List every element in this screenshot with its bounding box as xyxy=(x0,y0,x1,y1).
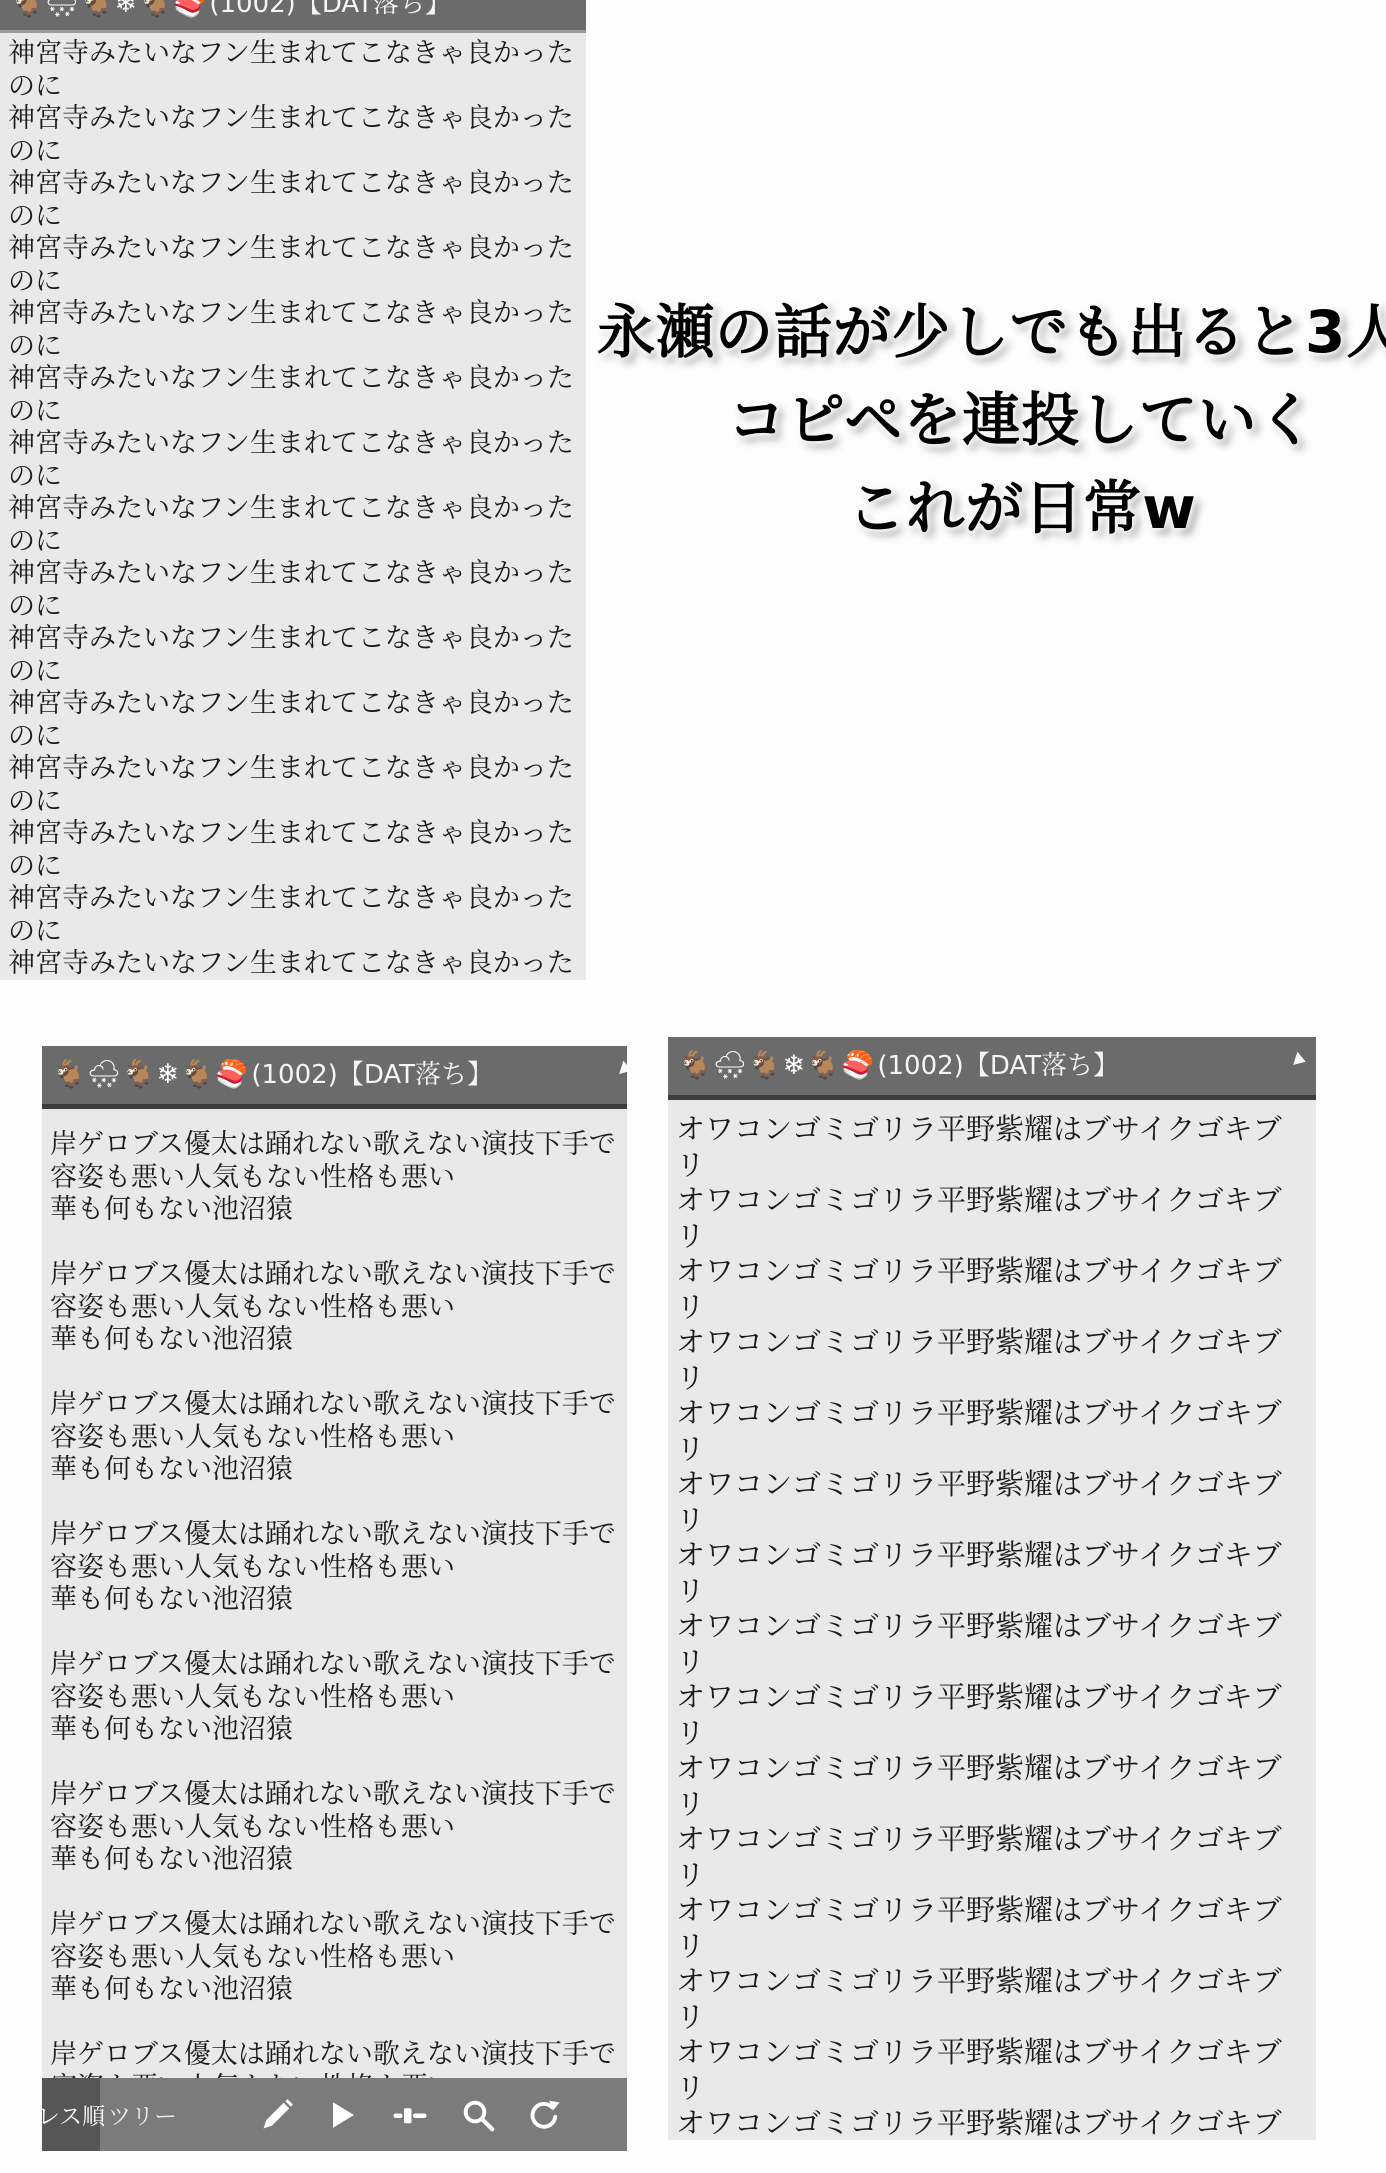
bottom-toolbar: レス順 ツリー xyxy=(42,2078,627,2151)
post: 神宮寺みたいなフン生まれてこなきゃ良かったのに xyxy=(8,818,578,883)
post: オワコンゴミゴリラ平野紫耀はブサイクゴキブリ xyxy=(676,1893,1308,1964)
post: 岸ゲロブス優太は踊れない歌えない演技下手で容姿も悪い人気もない性格も悪い華も何も… xyxy=(50,1649,619,1747)
post-line: 神宮寺みたいなフン生まれてこなきゃ良かった xyxy=(8,688,578,721)
post-line: オワコンゴミゴリラ平野紫耀はブサイクゴキブ xyxy=(676,1183,1308,1219)
play-icon[interactable] xyxy=(324,2097,360,2133)
post-line: リ xyxy=(676,1148,1308,1184)
post-line: 神宮寺みたいなフン生まれてこなきゃ良かった xyxy=(8,168,578,201)
thread-title: (1002)【DAT落ち】 xyxy=(877,1037,1119,1095)
post-line: リ xyxy=(676,1432,1308,1468)
post: 神宮寺みたいなフン生まれてこなきゃ良かったのに xyxy=(8,753,578,818)
post-line: 神宮寺みたいなフン生まれてこなきゃ良かった xyxy=(8,818,578,851)
post-line: のに xyxy=(8,331,578,364)
post-line: リ xyxy=(676,1716,1308,1752)
post: 神宮寺みたいなフン生まれてこなきゃ良かったのに xyxy=(8,493,578,558)
post-line: 容姿も悪い人気もない性格も悪い xyxy=(50,1812,619,1845)
post-line: 神宮寺みたいなフン生まれてこなきゃ良かった xyxy=(8,493,578,526)
post: 神宮寺みたいなフン生まれてこなきゃ良かったのに xyxy=(8,948,578,980)
post-line: オワコンゴミゴリラ平野紫耀はブサイクゴキブ xyxy=(676,1751,1308,1787)
post: 神宮寺みたいなフン生まれてこなきゃ良かったのに xyxy=(8,168,578,233)
post-line: のに xyxy=(8,461,578,494)
post-line: オワコンゴミゴリラ平野紫耀はブサイクゴキブ xyxy=(676,2035,1308,2071)
post-line: 容姿も悪い人気もない性格も悪い xyxy=(50,1422,619,1455)
post-line: 神宮寺みたいなフン生まれてこなきゃ良かった xyxy=(8,298,578,331)
post: 神宮寺みたいなフン生まれてこなきゃ良かったのに xyxy=(8,623,578,688)
post: オワコンゴミゴリラ平野紫耀はブサイクゴキブリ xyxy=(676,1680,1308,1751)
post-line: 岸ゲロブス優太は踊れない歌えない演技下手で xyxy=(50,1909,619,1942)
post-line: のに xyxy=(8,266,578,299)
post-line: 岸ゲロブス優太は踊れない歌えない演技下手で xyxy=(50,1779,619,1812)
post: 岸ゲロブス優太は踊れない歌えない演技下手で容姿も悪い人気もない性格も悪い華も何も… xyxy=(50,1519,619,1617)
post: 岸ゲロブス優太は踊れない歌えない演技下手で容姿も悪い人気もない性格も悪い華も何も… xyxy=(50,1779,619,1877)
post-line: リ xyxy=(676,1787,1308,1823)
post-line: 容姿も悪い人気もない性格も悪い xyxy=(50,1682,619,1715)
tab-tree[interactable]: ツリー xyxy=(108,2078,177,2151)
post-line: 華も何もない池沼猿 xyxy=(50,1714,619,1747)
caption-line: 永瀬の話が少しでも出ると3人への xyxy=(597,288,1386,376)
caption-line: コピペを連投していく xyxy=(597,376,1386,464)
post-line: のに xyxy=(8,786,578,819)
post-line: 容姿も悪い人気もない性格も悪い xyxy=(50,1552,619,1585)
post-list[interactable]: オワコンゴミゴリラ平野紫耀はブサイクゴキブリオワコンゴミゴリラ平野紫耀はブサイク… xyxy=(668,1100,1316,2140)
post-line: オワコンゴミゴリラ平野紫耀はブサイクゴキブ xyxy=(676,1254,1308,1290)
post: オワコンゴミゴリラ平野紫耀はブサイクゴキブリ xyxy=(676,2106,1308,2140)
post: オワコンゴミゴリラ平野紫耀はブサイクゴキブリ xyxy=(676,1538,1308,1609)
post: オワコンゴミゴリラ平野紫耀はブサイクゴキブリ xyxy=(676,1751,1308,1822)
thread-panel-top-left: 🐐🌨🐐❄🐐🍣 (1002)【DAT落ち】 神宮寺みたいなフン生まれてこなきゃ良か… xyxy=(0,0,586,980)
post-line: オワコンゴミゴリラ平野紫耀はブサイクゴキブ xyxy=(676,1680,1308,1716)
pencil-icon[interactable] xyxy=(259,2097,295,2133)
post-line: のに xyxy=(8,656,578,689)
post-list[interactable]: 神宮寺みたいなフン生まれてこなきゃ良かったのに神宮寺みたいなフン生まれてこなきゃ… xyxy=(0,33,586,980)
post-line: 華も何もない池沼猿 xyxy=(50,1324,619,1357)
post: オワコンゴミゴリラ平野紫耀はブサイクゴキブリ xyxy=(676,1112,1308,1183)
post-line: オワコンゴミゴリラ平野紫耀はブサイクゴキブ xyxy=(676,1822,1308,1858)
meme-caption: 永瀬の話が少しでも出ると3人への コピペを連投していく これが日常w xyxy=(597,288,1386,552)
post-line: リ xyxy=(676,1858,1308,1894)
post-line: 神宮寺みたいなフン生まれてこなきゃ良かった xyxy=(8,428,578,461)
post: 神宮寺みたいなフン生まれてこなきゃ良かったのに xyxy=(8,428,578,493)
post: オワコンゴミゴリラ平野紫耀はブサイクゴキブリ xyxy=(676,1964,1308,2035)
post-line: オワコンゴミゴリラ平野紫耀はブサイクゴキブ xyxy=(676,1964,1308,2000)
post-line: オワコンゴミゴリラ平野紫耀はブサイクゴキブ xyxy=(676,2106,1308,2140)
post-line: 神宮寺みたいなフン生まれてこなきゃ良かった xyxy=(8,363,578,396)
thread-title: (1002)【DAT落ち】 xyxy=(251,1046,493,1104)
post-line: のに xyxy=(8,591,578,624)
tab-res-order[interactable]: レス順 xyxy=(42,2078,100,2151)
post-line: のに xyxy=(8,136,578,169)
post-line: リ xyxy=(676,2000,1308,2036)
post-line: 岸ゲロブス優太は踊れない歌えない演技下手で xyxy=(50,1519,619,1552)
post-line: のに xyxy=(8,721,578,754)
post: 岸ゲロブス優太は踊れない歌えない演技下手で容姿も悪い人気もない性格も悪い華も何も… xyxy=(50,1389,619,1487)
post: 神宮寺みたいなフン生まれてこなきゃ良かったのに xyxy=(8,38,578,103)
post: オワコンゴミゴリラ平野紫耀はブサイクゴキブリ xyxy=(676,1609,1308,1680)
post-line: 神宮寺みたいなフン生まれてこなきゃ良かった xyxy=(8,558,578,591)
caption-line: これが日常w xyxy=(597,464,1386,552)
post-line: 岸ゲロブス優太は踊れない歌えない演技下手で xyxy=(50,1649,619,1682)
search-icon[interactable] xyxy=(460,2097,496,2133)
post-line: 神宮寺みたいなフン生まれてこなきゃ良かった xyxy=(8,38,578,71)
post: オワコンゴミゴリラ平野紫耀はブサイクゴキブリ xyxy=(676,1396,1308,1467)
post-line: オワコンゴミゴリラ平野紫耀はブサイクゴキブ xyxy=(676,1467,1308,1503)
slider-icon[interactable] xyxy=(392,2097,428,2133)
post-line: オワコンゴミゴリラ平野紫耀はブサイクゴキブ xyxy=(676,1538,1308,1574)
post-line: 神宮寺みたいなフン生まれてこなきゃ良かった xyxy=(8,233,578,266)
post-line: 岸ゲロブス優太は踊れない歌えない演技下手で xyxy=(50,2039,619,2072)
post-line: 岸ゲロブス優太は踊れない歌えない演技下手で xyxy=(50,1259,619,1292)
thread-title-bar[interactable]: 🐐🌨🐐❄🐐🍣 (1002)【DAT落ち】 xyxy=(668,1037,1316,1100)
post-line: リ xyxy=(676,1503,1308,1539)
post-line: 華も何もない池沼猿 xyxy=(50,1194,619,1227)
post-line: 華も何もない池沼猿 xyxy=(50,1454,619,1487)
post: 岸ゲロブス優太は踊れない歌えない演技下手で容姿も悪い人気もない性格も悪い華も何も… xyxy=(50,1129,619,1227)
post-line: 神宮寺みたいなフン生まれてこなきゃ良かった xyxy=(8,623,578,656)
post: 神宮寺みたいなフン生まれてこなきゃ良かったのに xyxy=(8,688,578,753)
post: オワコンゴミゴリラ平野紫耀はブサイクゴキブリ xyxy=(676,1183,1308,1254)
post-line: リ xyxy=(676,1290,1308,1326)
post-line: リ xyxy=(676,1574,1308,1610)
post-line: のに xyxy=(8,851,578,884)
post: 神宮寺みたいなフン生まれてこなきゃ良かったのに xyxy=(8,558,578,623)
post: 神宮寺みたいなフン生まれてこなきゃ良かったのに xyxy=(8,103,578,168)
post-line: オワコンゴミゴリラ平野紫耀はブサイクゴキブ xyxy=(676,1112,1308,1148)
post-line: オワコンゴミゴリラ平野紫耀はブサイクゴキブ xyxy=(676,1609,1308,1645)
post: オワコンゴミゴリラ平野紫耀はブサイクゴキブリ xyxy=(676,1822,1308,1893)
post-line: 岸ゲロブス優太は踊れない歌えない演技下手で xyxy=(50,1389,619,1422)
post: オワコンゴミゴリラ平野紫耀はブサイクゴキブリ xyxy=(676,1467,1308,1538)
post-line: 容姿も悪い人気もない性格も悪い xyxy=(50,1292,619,1325)
post-line: 岸ゲロブス優太は踊れない歌えない演技下手で xyxy=(50,1129,619,1162)
post: 神宮寺みたいなフン生まれてこなきゃ良かったのに xyxy=(8,363,578,428)
post-line: リ xyxy=(676,1645,1308,1681)
post-line: のに xyxy=(8,71,578,104)
post: オワコンゴミゴリラ平野紫耀はブサイクゴキブリ xyxy=(676,1325,1308,1396)
thread-panel-bottom-right: 🐐🌨🐐❄🐐🍣 (1002)【DAT落ち】 オワコンゴミゴリラ平野紫耀はブサイクゴ… xyxy=(668,1037,1316,2140)
post-line: のに xyxy=(8,396,578,429)
post-line: 容姿も悪い人気もない性格も悪い xyxy=(50,1942,619,1975)
post: オワコンゴミゴリラ平野紫耀はブサイクゴキブリ xyxy=(676,1254,1308,1325)
post-line: 神宮寺みたいなフン生まれてこなきゃ良かった xyxy=(8,948,578,980)
thread-title: (1002)【DAT落ち】 xyxy=(209,0,451,33)
post-line: のに xyxy=(8,526,578,559)
post-line: のに xyxy=(8,916,578,949)
post-line: 華も何もない池沼猿 xyxy=(50,1844,619,1877)
post-line: 華も何もない池沼猿 xyxy=(50,1974,619,2007)
post-line: 神宮寺みたいなフン生まれてこなきゃ良かった xyxy=(8,883,578,916)
post-list[interactable]: 岸ゲロブス優太は踊れない歌えない演技下手で容姿も悪い人気もない性格も悪い華も何も… xyxy=(42,1109,627,2098)
post-line: 容姿も悪い人気もない性格も悪い xyxy=(50,1162,619,1195)
post-line: リ xyxy=(676,2071,1308,2107)
post: 岸ゲロブス優太は踊れない歌えない演技下手で容姿も悪い人気もない性格も悪い華も何も… xyxy=(50,1909,619,2007)
post-line: 華も何もない池沼猿 xyxy=(50,1584,619,1617)
post-line: のに xyxy=(8,201,578,234)
post-line: オワコンゴミゴリラ平野紫耀はブサイクゴキブ xyxy=(676,1325,1308,1361)
post: オワコンゴミゴリラ平野紫耀はブサイクゴキブリ xyxy=(676,2035,1308,2106)
thread-panel-bottom-left: 🐐🌨🐐❄🐐🍣 (1002)【DAT落ち】 岸ゲロブス優太は踊れない歌えない演技下… xyxy=(42,1046,627,2151)
goat-snow-sushi-emoji-row: 🐐🌨🐐❄🐐🍣 xyxy=(678,1037,875,1095)
post-line: リ xyxy=(676,1219,1308,1255)
post: 岸ゲロブス優太は踊れない歌えない演技下手で容姿も悪い人気もない性格も悪い華も何も… xyxy=(50,1259,619,1357)
post-line: リ xyxy=(676,1929,1308,1965)
goat-snow-sushi-emoji-row: 🐐🌨🐐❄🐐🍣 xyxy=(52,1046,249,1104)
post-line: 神宮寺みたいなフン生まれてこなきゃ良かった xyxy=(8,753,578,786)
post-line: オワコンゴミゴリラ平野紫耀はブサイクゴキブ xyxy=(676,1396,1308,1432)
post: 神宮寺みたいなフン生まれてこなきゃ良かったのに xyxy=(8,883,578,948)
post: 神宮寺みたいなフン生まれてこなきゃ良かったのに xyxy=(8,298,578,363)
post-line: オワコンゴミゴリラ平野紫耀はブサイクゴキブ xyxy=(676,1893,1308,1929)
goat-snow-sushi-emoji-row: 🐐🌨🐐❄🐐🍣 xyxy=(10,0,207,33)
post-line: 神宮寺みたいなフン生まれてこなきゃ良かった xyxy=(8,103,578,136)
refresh-icon[interactable] xyxy=(526,2097,562,2133)
post: 神宮寺みたいなフン生まれてこなきゃ良かったのに xyxy=(8,233,578,298)
thread-title-bar[interactable]: 🐐🌨🐐❄🐐🍣 (1002)【DAT落ち】 xyxy=(42,1046,627,1109)
post-line: リ xyxy=(676,1361,1308,1397)
thread-title-bar[interactable]: 🐐🌨🐐❄🐐🍣 (1002)【DAT落ち】 xyxy=(0,0,586,33)
